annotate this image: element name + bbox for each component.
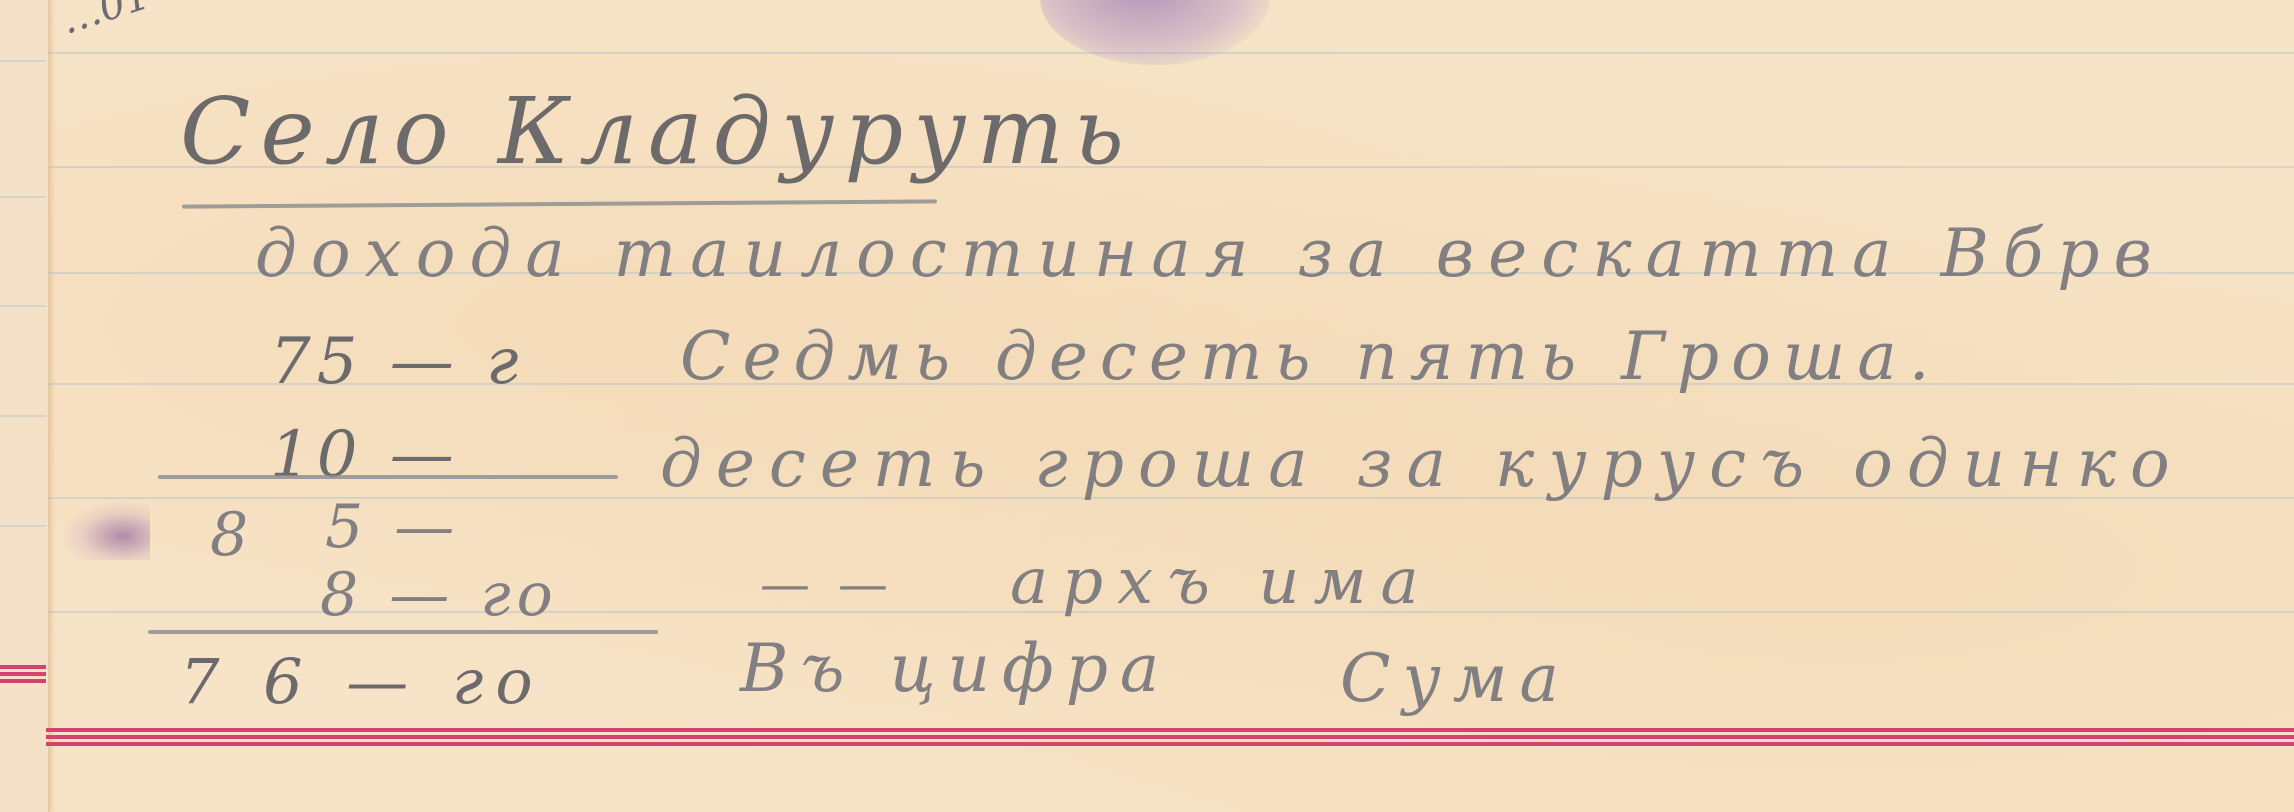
margin-rule-left [0, 665, 46, 683]
amount-10: 10 — [270, 418, 460, 492]
ruled-line [0, 525, 46, 527]
dash-filler: — — [760, 555, 894, 613]
amount-75: 75 — г [270, 325, 524, 399]
amount-8-go: 8 — го [320, 560, 559, 630]
text-line-5: архъ има [1010, 545, 1433, 619]
amount-8: 8 [210, 500, 254, 570]
sum-rule-1 [158, 475, 618, 479]
ruled-line [0, 415, 46, 417]
amount-76-go: 7 6 — го [180, 645, 545, 718]
heading-village-name: Село Кладуруть [180, 78, 1134, 185]
text-line-1: дохода таилостиная за вескатта Вбрв [255, 215, 2166, 292]
document-page: …01 Село Кладуруть дохода таилостиная за… [0, 0, 2294, 812]
ink-stamp [1040, 0, 1270, 65]
text-line-3: десеть гроша за курусъ одинко [660, 425, 2184, 502]
previous-page-edge [0, 0, 50, 812]
text-line-2: Седмь десеть пять Гроша. [680, 318, 1942, 395]
ink-smudge [60, 500, 150, 560]
corner-scrawl: …01 [55, 0, 156, 44]
sum-rule-2 [148, 630, 658, 634]
amount-5: 5 — [325, 492, 460, 562]
ruled-line [0, 305, 46, 307]
text-in-figures: Въ цифра [740, 630, 1171, 707]
margin-rule-bottom [46, 728, 2294, 746]
ruled-line [0, 196, 46, 198]
ruled-line [0, 60, 46, 62]
text-sum: Сума [1340, 640, 1571, 717]
heading-underline [182, 199, 937, 208]
